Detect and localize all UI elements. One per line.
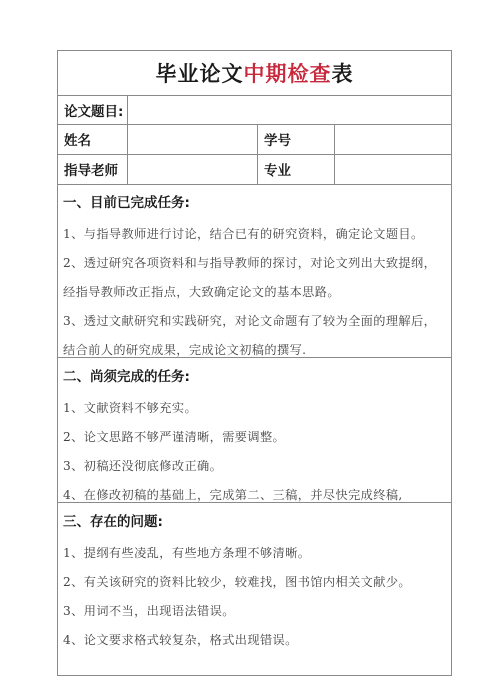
topic-label: 论文题目: [58, 95, 128, 124]
topic-field[interactable] [128, 95, 451, 124]
list-item: 2、有关该研究的资料比较少，较难找，图书馆内相关文献少。 [63, 574, 446, 590]
name-label: 姓名 [58, 124, 128, 154]
list-item: 3、透过文献研究和实践研究，对论文命题有了较为全面的理解后， 结合前人的研究成果… [63, 313, 446, 358]
major-label: 专业 [258, 154, 335, 184]
title-part-3: 表 [332, 58, 354, 88]
list-item: 1、与指导教师进行讨论，结合已有的研究资料，确定论文题目。 [63, 226, 446, 242]
item-text: 1、与指导教师进行讨论，结合已有的研究资料，确定论文题目。 [63, 227, 424, 241]
list-item: 1、提纲有些凌乱，有些地方条理不够清晰。 [63, 545, 446, 561]
title-part-1: 毕业论文 [156, 58, 244, 88]
major-field[interactable] [335, 154, 451, 184]
advisor-row: 指导老师 专业 [58, 154, 451, 185]
list-item: 2、论文思路不够严谨清晰，需要调整。 [63, 429, 446, 445]
item-text: 3、透过文献研究和实践研究，对论文命题有了较为全面的理解后， [63, 314, 436, 328]
section-heading: 三、存在的问题: [63, 512, 446, 532]
student-id-label: 学号 [258, 124, 335, 154]
section-heading: 一、目前已完成任务: [63, 193, 446, 213]
name-row: 姓名 学号 [58, 124, 451, 155]
list-item: 1、文献资料不够充实。 [63, 400, 446, 416]
list-item: 2、透过研究各项资料和与指导教师的探讨，对论文列出大致提纲， 经指导教师改正指点… [63, 255, 446, 300]
list-item: 4、论文要求格式较复杂，格式出现错误。 [63, 632, 446, 648]
title-part-2-highlight: 中期检查 [244, 58, 332, 88]
topic-row: 论文题目: [58, 95, 451, 125]
section-completed-tasks: 一、目前已完成任务: 1、与指导教师进行讨论，结合已有的研究资料，确定论文题目。… [58, 184, 451, 358]
advisor-label: 指导老师 [58, 154, 128, 184]
form-title: 毕业论文中期检查表 [58, 51, 451, 96]
name-field[interactable] [128, 124, 258, 154]
list-item: 3、用词不当，出现语法错误。 [63, 603, 446, 619]
student-id-field[interactable] [335, 124, 451, 154]
list-item: 4、在修改初稿的基础上，完成第二、三稿，并尽快完成终稿, [63, 487, 446, 503]
advisor-field[interactable] [128, 154, 258, 184]
section-heading: 二、尚须完成的任务: [63, 367, 446, 387]
section-existing-problems: 三、存在的问题: 1、提纲有些凌乱，有些地方条理不够清晰。 2、有关该研究的资料… [58, 503, 451, 675]
section-remaining-tasks: 二、尚须完成的任务: 1、文献资料不够充实。 2、论文思路不够严谨清晰，需要调整… [58, 358, 451, 503]
midterm-check-form: 毕业论文中期检查表 论文题目: 姓名 学号 指导老师 专业 一、目前已完成任务:… [57, 50, 452, 676]
item-text-continued: 经指导教师改正指点，大致确定论文的基本思路。 [63, 284, 446, 300]
list-item: 3、初稿还没彻底修改正确。 [63, 458, 446, 474]
item-text: 2、透过研究各项资料和与指导教师的探讨，对论文列出大致提纲， [63, 256, 436, 270]
item-text-continued: 结合前人的研究成果，完成论文初稿的撰写. [63, 342, 446, 358]
